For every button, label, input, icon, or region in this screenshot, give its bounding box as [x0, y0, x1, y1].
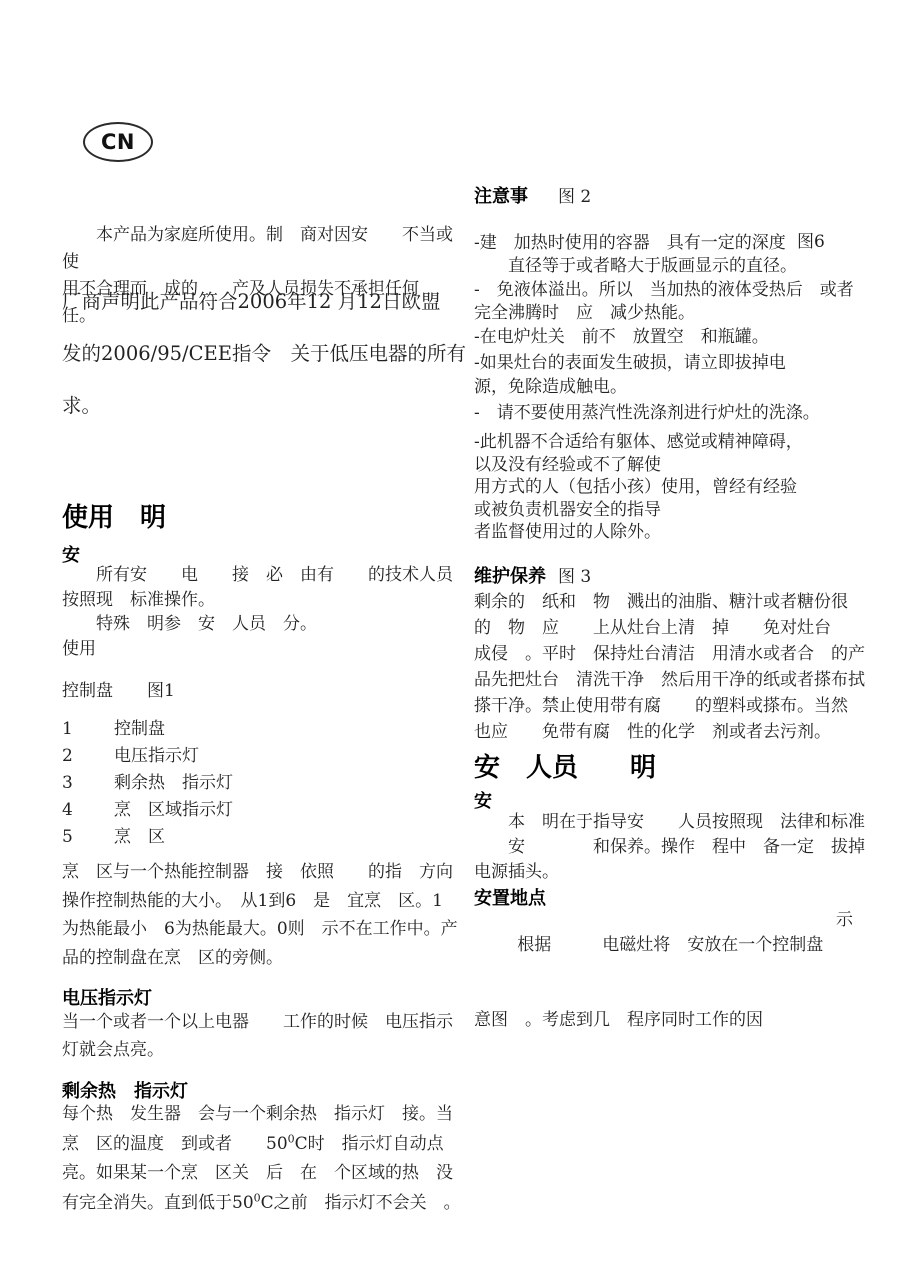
- residual-line-text: 烹 区的温度 到或者 50: [62, 1134, 288, 1154]
- attention-line: -此机器不合适给有躯体、感觉或精神障碍，: [474, 431, 888, 454]
- residual-line-text: C之前 指示灯不会关 。: [261, 1193, 461, 1213]
- figure-6-reference: 图6: [797, 231, 825, 255]
- right-column: 注意事图 2 -建 加热时使用的容器 具有一定的深度 图6 直径等于或者略大于版…: [474, 0, 888, 1273]
- residual-line: 每个热 发生器 会与一个剩余热 指示灯 接。当: [62, 1100, 466, 1130]
- attention-line: 完全沸腾时 应 减少热能。: [474, 302, 888, 326]
- maintenance-paragraph: 剩余的 纸和 物 溅出的油脂、糖汁或者糖份很 的 物 应 上从灶台上清 掉 免对…: [474, 589, 888, 745]
- declaration-line: 发的2006/95/CEE指令 关于低压电器的所有: [62, 328, 466, 380]
- attention-line: - 免液体溢出。所以 当加热的液体受热后 或者: [474, 279, 888, 303]
- list-item: 5 烹 区: [62, 824, 466, 851]
- list-item-label: 剩余热 指示灯: [114, 770, 233, 797]
- voltage-indicator-heading: 电压指示灯: [62, 984, 152, 1010]
- location-line-text: 根据 电磁灶将 安放在一个控制盘: [517, 935, 823, 955]
- list-item: 4 烹 区域指示灯: [62, 797, 466, 824]
- location-line: 根据 电磁灶将 安放在一个控制盘 示: [474, 908, 888, 1008]
- list-item: 3 剩余热 指示灯: [62, 770, 466, 797]
- installer-safety-line: 本 明在于指导安 人员按照现 法律和标准: [474, 810, 888, 835]
- residual-line: 烹 区的温度 到或者 500C时 指示灯自动点: [62, 1130, 466, 1160]
- left-column: CN 本产品为家庭所使用。制 商对因安 不当或使 用不合理而 成的 产及人员损失…: [62, 0, 466, 1273]
- zones-line: 烹 区与一个热能控制器 接 依照 的指 方向: [62, 858, 466, 887]
- attention-broken-surface-item: -如果灶台的表面发生破损，请立即拔掉电 源，免除造成触电。: [474, 352, 888, 399]
- attention-heading-row: 注意事图 2: [474, 182, 591, 208]
- location-line: 意图 。考虑到几 程序同时工作的因: [474, 1008, 888, 1033]
- list-item-number: 5: [62, 824, 114, 851]
- control-panel-figure-caption: 控制盘 图1: [62, 676, 175, 701]
- voltage-line: 灯就会点亮。: [62, 1036, 466, 1064]
- declaration-line: 求。: [62, 380, 466, 432]
- installer-safety-paragraph: 本 明在于指导安 人员按照现 法律和标准 安 和保养。操作 程中 备一定 拔掉 …: [474, 810, 888, 885]
- attention-disability-item: -此机器不合适给有躯体、感觉或精神障碍， 以及没有经验或不了解使 用方式的人（包…: [474, 431, 888, 544]
- maintenance-line: 也应 免带有腐 性的化学 剂或者去污剂。: [474, 719, 888, 745]
- attention-line: 以及没有经验或不了解使: [474, 454, 888, 477]
- safety-line: 使用: [62, 637, 466, 662]
- safety-line: 特殊 明参 安 人员 分。: [62, 612, 466, 637]
- usage-instructions-heading: 使用 明: [62, 497, 166, 534]
- installer-safety-line: 电源插头。: [474, 860, 888, 885]
- maintenance-line: 搽干净。禁止使用带有腐 的塑料或搽布。当然: [474, 693, 888, 719]
- location-line-tail: 示: [836, 908, 853, 933]
- attention-line: 者监督使用过的人除外。: [474, 521, 888, 544]
- cn-language-badge: CN: [83, 122, 153, 162]
- installation-location-paragraph: 根据 电磁灶将 安放在一个控制盘 示 意图 。考虑到几 程序同时工作的因: [474, 908, 888, 1033]
- zones-line: 为热能最小 6为热能最大。0则 示不在工作中。产: [62, 915, 466, 944]
- attention-heading: 注意事: [474, 186, 528, 207]
- list-item-label: 烹 区: [114, 824, 165, 851]
- attention-list: 直径等于或者略大于版画显示的直径。 - 免液体溢出。所以 当加热的液体受热后 或…: [474, 255, 888, 349]
- attention-line: 直径等于或者略大于版画显示的直径。: [474, 255, 888, 279]
- cn-badge-label: CN: [101, 130, 135, 154]
- list-item-number: 4: [62, 797, 114, 824]
- attention-line: -如果灶台的表面发生破损，请立即拔掉电: [474, 352, 888, 376]
- installation-location-subheading: 安置地点: [474, 884, 546, 910]
- maintenance-line: 成侵 。平时 保持灶台清洁 用清水或者合 的产: [474, 641, 888, 667]
- list-item: 1 控制盘: [62, 716, 466, 743]
- safety-paragraph: 所有安 电 接 必 由有 的技术人员 按照现 标准操作。 特殊 明参 安 人员 …: [62, 563, 466, 661]
- attention-item-text: -建 加热时使用的容器 具有一定的深度: [474, 233, 786, 253]
- attention-steam-cleaner-item: - 请不要使用蒸汽性洗涤剂进行炉灶的洗涤。: [474, 402, 888, 426]
- figure-3-reference: 图 3: [558, 567, 591, 587]
- zones-line: 品的控制盘在烹 区的旁侧。: [62, 944, 466, 973]
- superscript-degree: 0: [254, 1191, 261, 1204]
- cooking-zones-paragraph: 烹 区与一个热能控制器 接 依照 的指 方向 操作控制热能的大小。 从1到6 是…: [62, 858, 466, 972]
- list-item-number: 1: [62, 716, 114, 743]
- declaration-paragraph: 厂商声明此产品符合2006年12 月12日欧盟 发的2006/95/CEE指令 …: [62, 276, 466, 432]
- list-item-label: 烹 区域指示灯: [114, 797, 233, 824]
- residual-heat-paragraph: 每个热 发生器 会与一个剩余热 指示灯 接。当 烹 区的温度 到或者 500C时…: [62, 1100, 466, 1218]
- maintenance-line: 品先把灶台 清洗干净 然后用干净的纸或者搽布拭: [474, 667, 888, 693]
- maintenance-heading-row: 维护保养图 3: [474, 562, 591, 588]
- residual-line-text: C时 指示灯自动点: [295, 1134, 444, 1154]
- maintenance-heading: 维护保养: [474, 566, 546, 587]
- installer-safety-line: 安 和保养。操作 程中 备一定 拔掉: [474, 835, 888, 860]
- superscript-degree: 0: [288, 1132, 295, 1145]
- voltage-indicator-paragraph: 当一个或者一个以上电器 工作的时候 电压指示 灯就会点亮。: [62, 1008, 466, 1064]
- maintenance-line: 的 物 应 上从灶台上清 掉 免对灶台: [474, 615, 888, 641]
- attention-line: 用方式的人（包括小孩）使用，曾经有经验: [474, 476, 888, 499]
- attention-item: -建 加热时使用的容器 具有一定的深度 图6: [474, 231, 888, 256]
- list-item-label: 控制盘: [114, 716, 165, 743]
- declaration-line: 厂商声明此产品符合2006年12 月12日欧盟: [62, 276, 466, 328]
- list-item-label: 电压指示灯: [114, 743, 199, 770]
- residual-line-text: 有完全消失。直到低于50: [62, 1193, 254, 1213]
- voltage-line: 当一个或者一个以上电器 工作的时候 电压指示: [62, 1008, 466, 1036]
- list-item-number: 3: [62, 770, 114, 797]
- installer-instructions-heading: 安 人员 明: [474, 747, 656, 784]
- manual-page: CN 本产品为家庭所使用。制 商对因安 不当或使 用不合理而 成的 产及人员损失…: [0, 0, 900, 1273]
- list-item-number: 2: [62, 743, 114, 770]
- maintenance-line: 剩余的 纸和 物 溅出的油脂、糖汁或者糖份很: [474, 589, 888, 615]
- residual-line: 有完全消失。直到低于500C之前 指示灯不会关 。: [62, 1189, 466, 1219]
- safety-line: 所有安 电 接 必 由有 的技术人员: [62, 563, 466, 588]
- safety-line: 按照现 标准操作。: [62, 588, 466, 613]
- attention-line: 源，免除造成触电。: [474, 376, 888, 400]
- list-item: 2 电压指示灯: [62, 743, 466, 770]
- parts-list: 1 控制盘 2 电压指示灯 3 剩余热 指示灯 4 烹 区域指示灯 5 烹 区: [62, 716, 466, 851]
- residual-line: 亮。如果某一个烹 区关 后 在 个区域的热 没: [62, 1159, 466, 1189]
- attention-line: 或被负责机器安全的指导: [474, 499, 888, 522]
- attention-line: -在电炉灶关 前不 放置空 和瓶罐。: [474, 326, 888, 350]
- zones-line: 操作控制热能的大小。 从1到6 是 宜烹 区。1: [62, 887, 466, 916]
- figure-2-reference: 图 2: [558, 187, 591, 207]
- intro-line: 本产品为家庭所使用。制 商对因安 不当或使: [62, 222, 466, 276]
